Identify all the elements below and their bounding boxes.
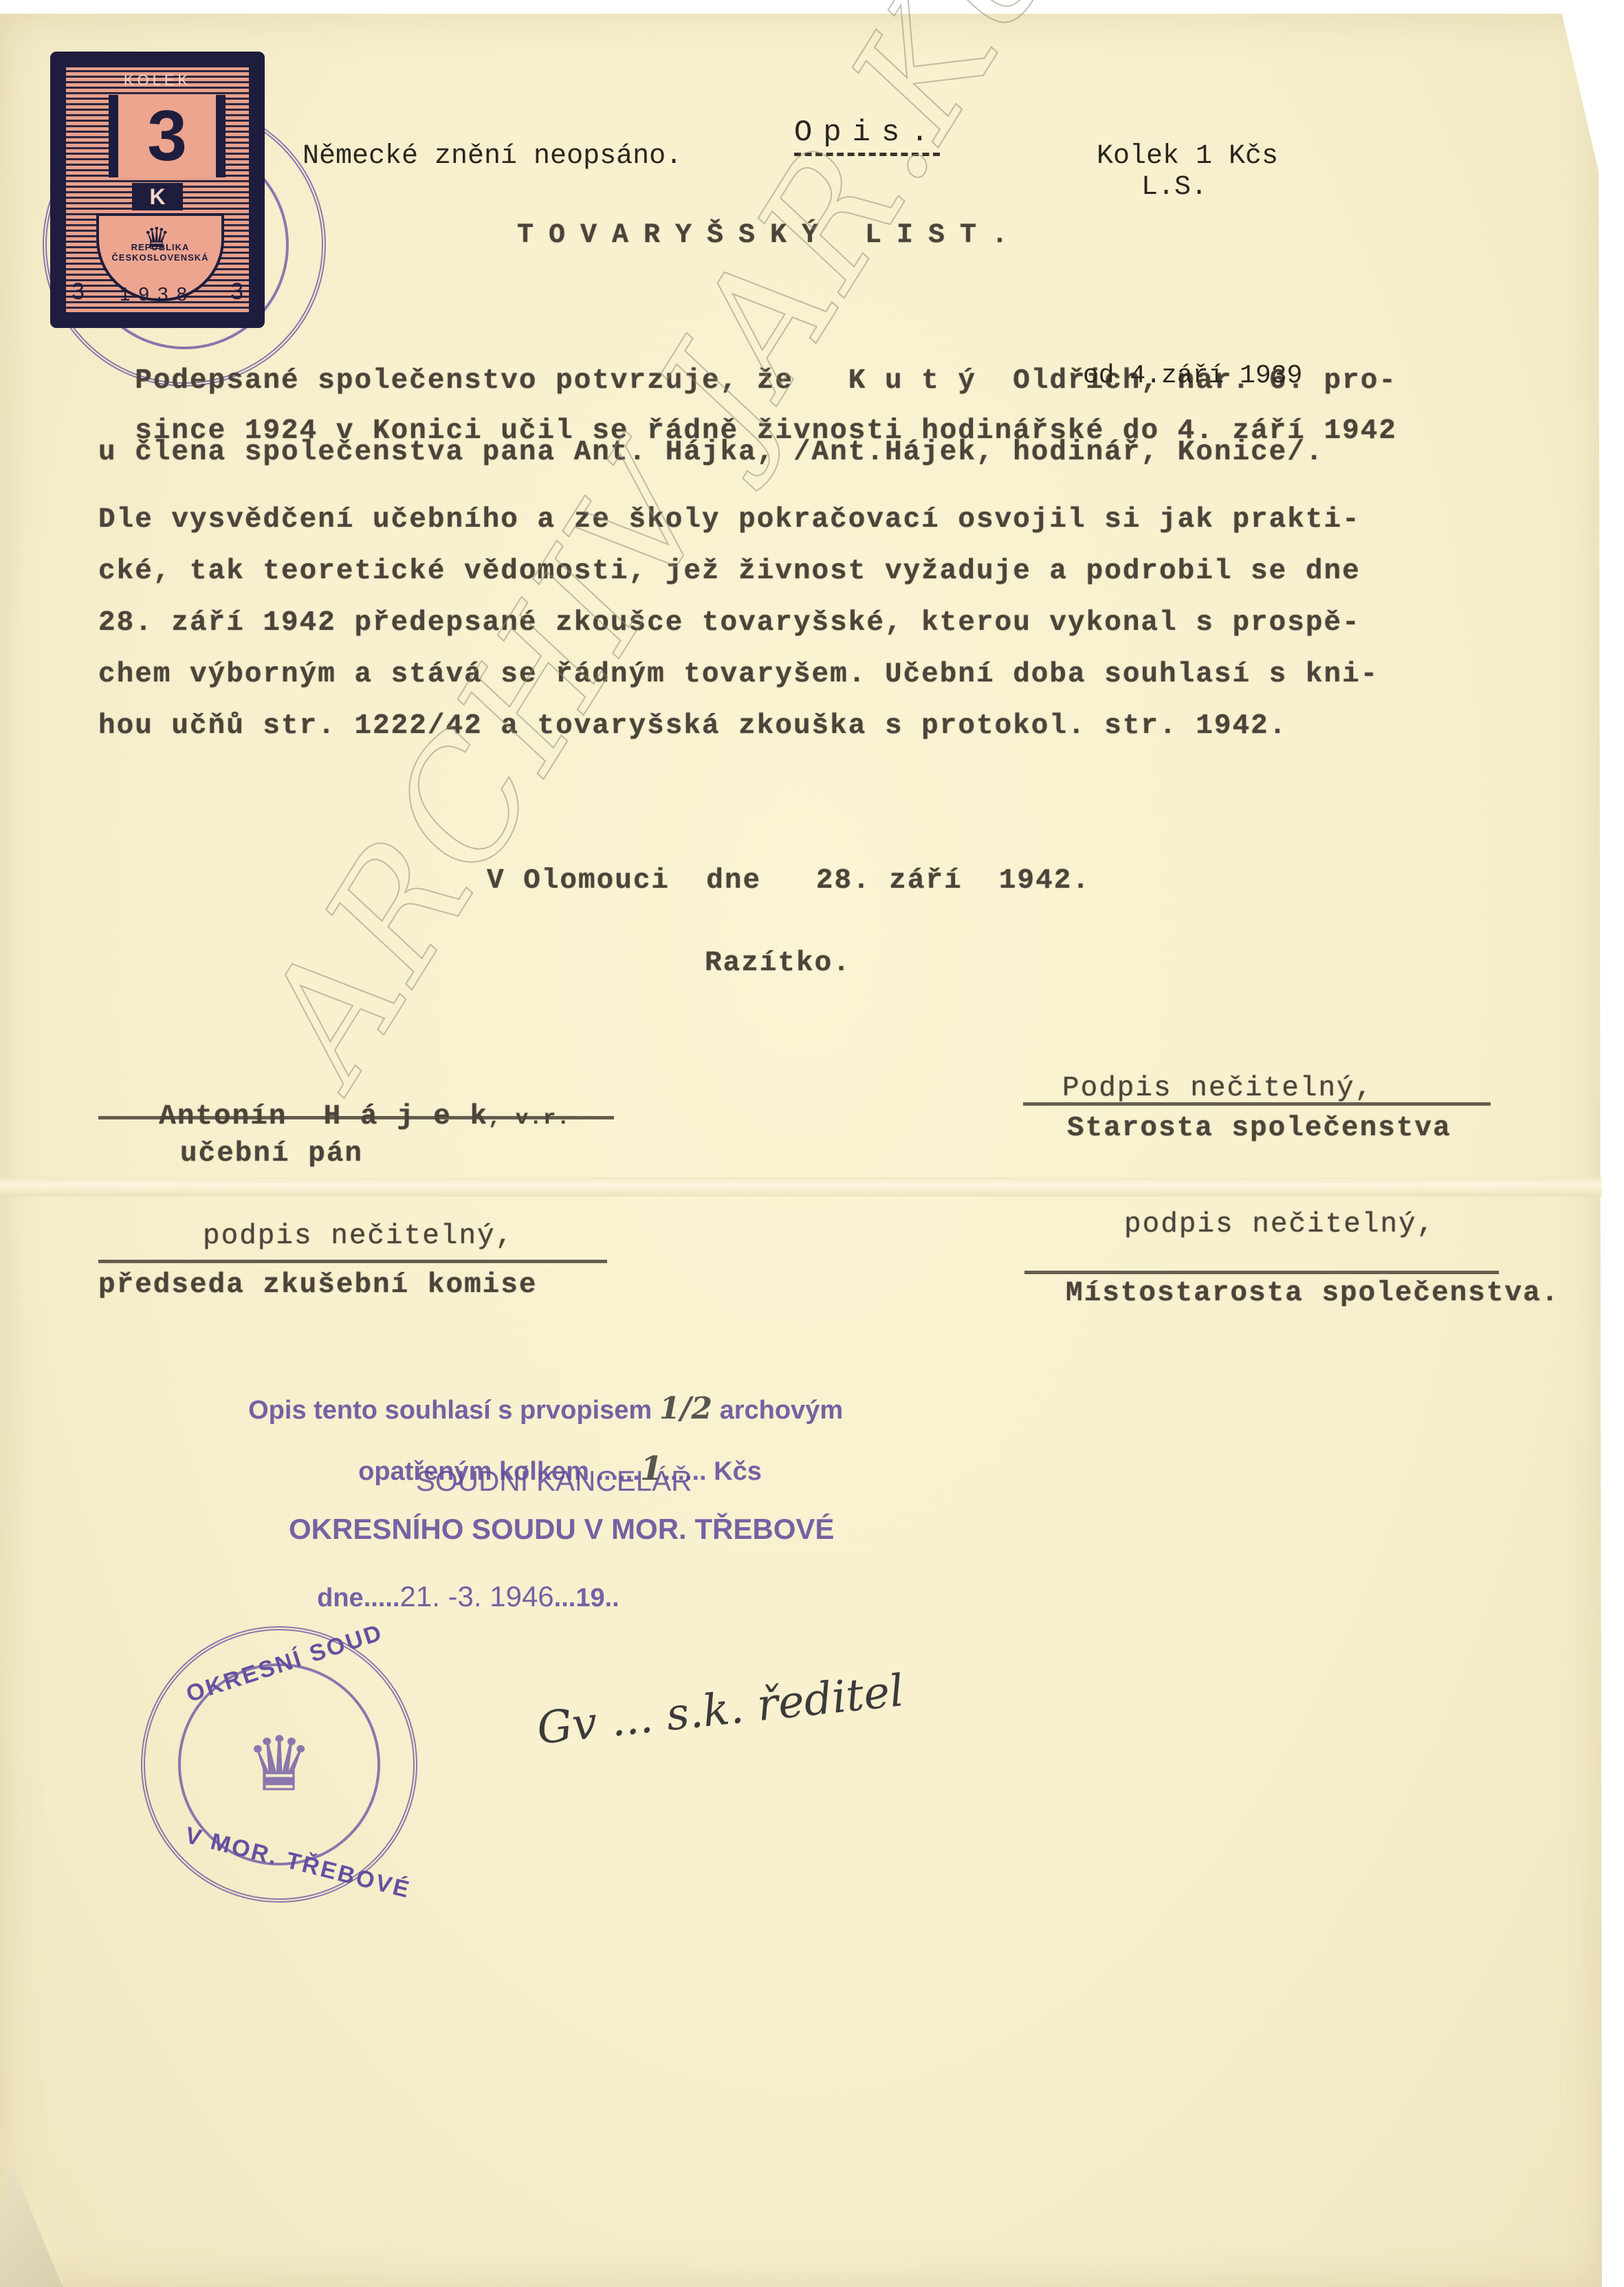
revenue-stamp-country: REPUBLIKA ČESKOSLOVENSKÁ bbox=[99, 242, 221, 263]
signature-chair-role: předseda zkušební komise bbox=[98, 1269, 538, 1301]
lion-icon: ♛ bbox=[245, 1720, 314, 1809]
signature-line bbox=[1024, 1271, 1499, 1274]
signature-deputy-role: Místostarosta společenstva. bbox=[1066, 1278, 1559, 1309]
signature-chair-name: podpis nečitelný, bbox=[203, 1221, 514, 1252]
paragraph2-line3: 28. září 1942 předepsané zkoušce tovaryš… bbox=[98, 607, 1361, 639]
note-german-version: Německé znění neopsáno. bbox=[303, 141, 682, 172]
revenue-stamp-value: 3 bbox=[109, 95, 226, 177]
paragraph2-line2: cké, tak teoretické vědomosti, jež živno… bbox=[98, 556, 1361, 587]
revenue-stamp-currency: K bbox=[132, 183, 183, 210]
revenue-stamp-corner-right: 3 bbox=[230, 278, 243, 305]
stamp-placeholder-note: Razítko. bbox=[705, 948, 851, 979]
note-ls: L.S. bbox=[1141, 172, 1207, 203]
court-certification-line3: SOUDNÍ KANCELÁŘ bbox=[416, 1465, 692, 1498]
signature-head-name: Podpis nečitelný, bbox=[1062, 1073, 1373, 1104]
paragraph2-line4: chem výborným a stává se řádným tovaryše… bbox=[98, 659, 1379, 690]
paragraph2-line5: hou učňů str. 1222/42 a tovaryšská zkouš… bbox=[98, 710, 1287, 742]
court-certification-line4: OKRESNÍHO SOUDU V MOR. TŘEBOVÉ bbox=[289, 1513, 834, 1546]
signature-line bbox=[98, 1116, 614, 1119]
note-stamp-fee: Kolek 1 Kčs bbox=[1097, 141, 1278, 172]
court-certification-date: dne.....21. -3. 1946...19.. bbox=[303, 1551, 619, 1613]
revenue-stamp-year: 1938 bbox=[66, 283, 249, 305]
signature-head-role: Starosta společenstva bbox=[1067, 1113, 1451, 1144]
signature-master-role: učební pán bbox=[180, 1138, 363, 1170]
paper-fold-crease bbox=[0, 1177, 1602, 1196]
signature-deputy-name: podpis nečitelný, bbox=[1124, 1209, 1435, 1240]
revenue-stamp-label: KOLEK bbox=[66, 72, 249, 89]
signature-line bbox=[98, 1260, 607, 1263]
place-and-date: V Olomouci dne 28. září 1942. bbox=[487, 865, 1090, 897]
signature-line bbox=[1023, 1102, 1491, 1106]
revenue-stamp: KOLEK 3 K ♛ REPUBLIKA ČESKOSLOVENSKÁ 3 1… bbox=[54, 55, 261, 325]
court-certification-line1: Opis tento souhlasí s prvopisem 1/2 arch… bbox=[234, 1361, 843, 1426]
